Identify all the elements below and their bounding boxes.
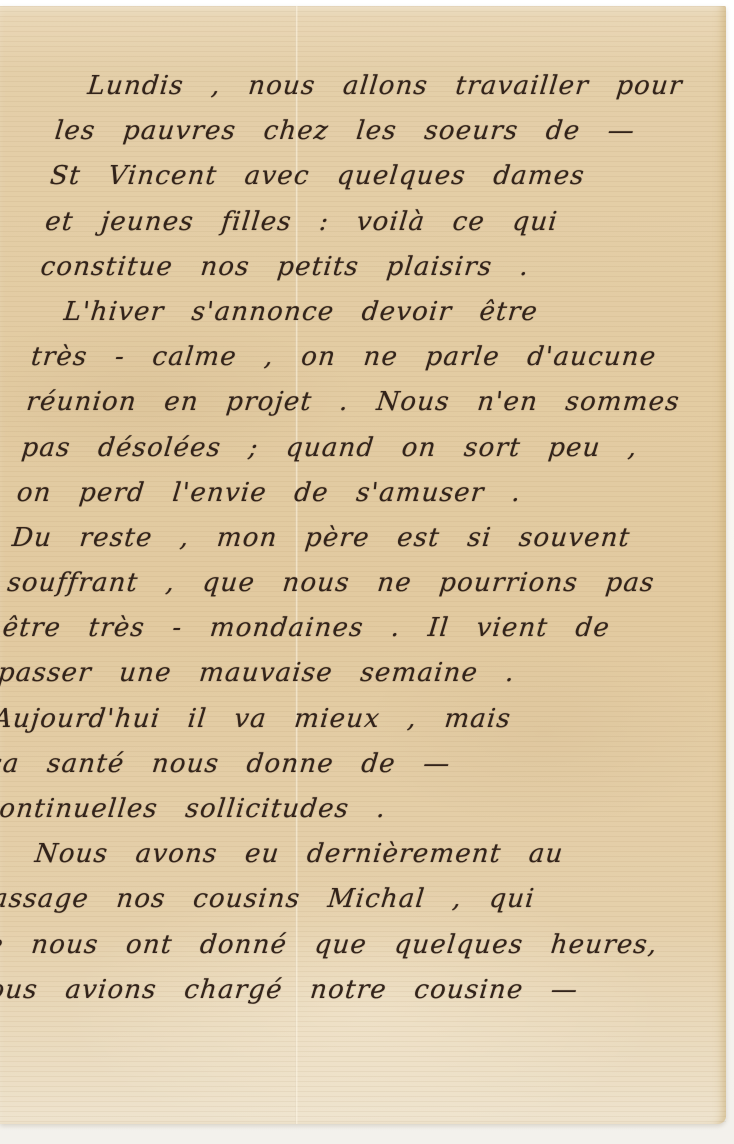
- letter-line: être très - mondaines . Il vient de: [0, 606, 655, 651]
- letter-line: souffrant , que nous ne pourrions pas: [5, 561, 660, 606]
- letter-line: pas désolées ; quand on sort peu ,: [19, 426, 674, 471]
- letter-line: les pauvres chez les soeurs de —: [53, 109, 708, 154]
- letter-line: constitue nos petits plaisirs .: [38, 245, 693, 290]
- letter-line: et jeunes filles : voilà ce qui: [43, 200, 698, 245]
- letter-line: passer une mauvaise semaine .: [0, 651, 650, 696]
- letter-line paragraph-start: Nous avons eu dernièrement au: [0, 832, 631, 877]
- letter-line: réunion en projet . Nous n'en sommes: [24, 380, 679, 425]
- letter-line: passage nos cousins Michal , qui: [0, 877, 627, 922]
- letter-line: continuelles sollicitudes .: [0, 787, 636, 832]
- letter-line: on perd l'envie de s'amuser .: [15, 471, 670, 516]
- letter-line: sa santé nous donne de —: [0, 742, 641, 787]
- letter-line: très - calme , on ne parle d'aucune: [29, 335, 684, 380]
- scan-background: Lundis , nous allons travailler pour les…: [0, 0, 734, 1144]
- letter-line paragraph-start: L'hiver s'annonce devoir être: [34, 290, 689, 335]
- letter-text-block: Lundis , nous allons travailler pour les…: [0, 64, 712, 1013]
- letter-line: ne nous ont donné que quelques heures,: [0, 923, 622, 968]
- letter-paper: Lundis , nous allons travailler pour les…: [0, 6, 726, 1124]
- letter-line: Nous avions chargé notre cousine —: [0, 968, 617, 1013]
- letter-line: Aujourd'hui il va mieux , mais: [0, 697, 646, 742]
- letter-line paragraph-start: Du reste , mon père est si souvent: [10, 516, 665, 561]
- letter-line: Lundis , nous allons travailler pour: [57, 64, 712, 109]
- letter-line: St Vincent avec quelques dames: [48, 154, 703, 199]
